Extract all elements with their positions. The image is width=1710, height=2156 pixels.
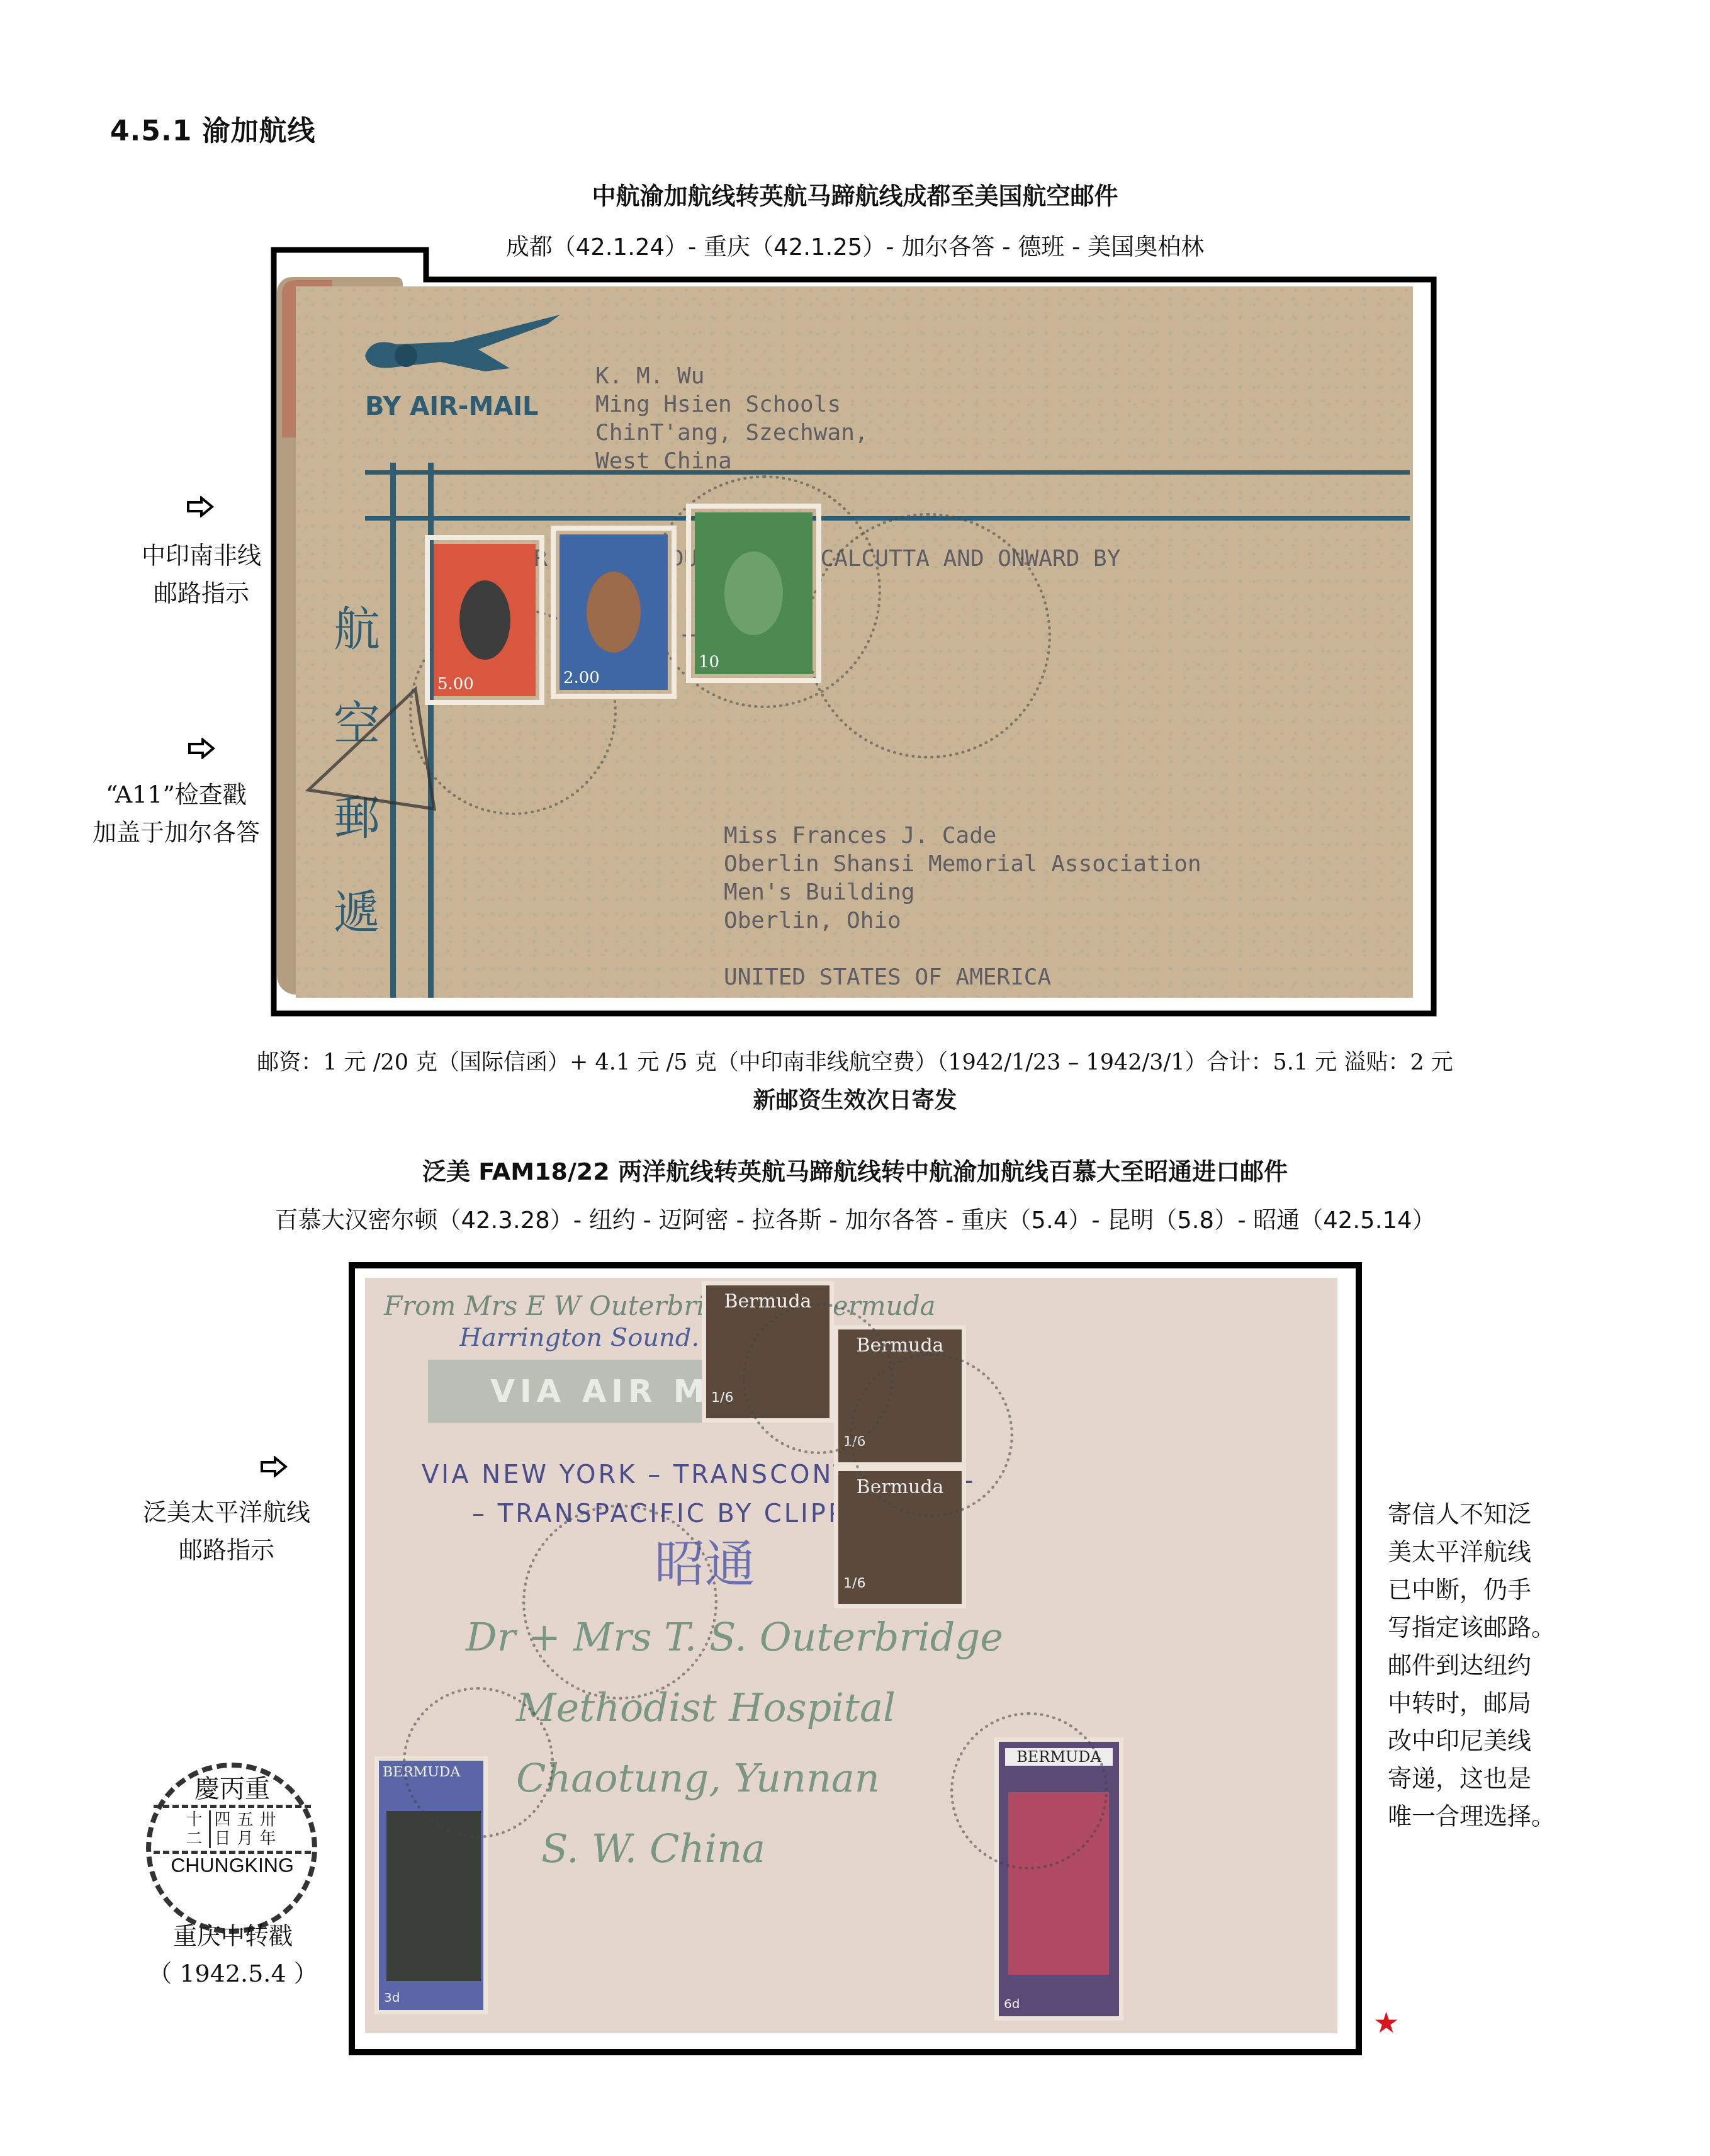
- star-icon: ★: [1373, 2008, 1399, 2037]
- postage-calculation: 邮资：1 元 /20 克（国际信函）+ 4.1 元 /5 克（中印南非线航空费）…: [0, 1045, 1710, 1076]
- section-heading: 4.5.1 渝加航线: [110, 108, 316, 149]
- postmark-hamilton: [850, 1353, 1013, 1517]
- right-arrow-icon: [188, 738, 215, 759]
- cover2-envelope: From Mrs E W Outerbridge, ..., Bermuda H…: [365, 1278, 1337, 2033]
- cover1-envelope: BY AIR-MAIL K. M. WuMing Hsien SchoolsCh…: [296, 286, 1413, 998]
- chungking-postmark-content: 慶丙重 十二 四日 五月 卅年 CHUNGKING: [154, 1769, 311, 1877]
- postmark-hamilton: [403, 1687, 554, 1838]
- stamp-5-dollar: 5.00: [425, 535, 544, 705]
- addressee: Miss Frances J. CadeOberlin Shansi Memor…: [724, 765, 1201, 998]
- right-arrow-icon: [186, 496, 214, 517]
- airplane-icon: [359, 312, 566, 387]
- annotation-pacific-route: 泛美太平洋航线邮路指示: [107, 1493, 346, 1569]
- rule-line: [365, 470, 1410, 475]
- postmark-hamilton: [950, 1712, 1108, 1870]
- postage-note: 新邮资生效次日寄发: [0, 1083, 1710, 1115]
- right-arrow-icon: [260, 1456, 288, 1477]
- cover2-title: 泛美 FAM18/22 两洋航线转英航马蹄航线转中航渝加航线百慕大至昭通进口邮件: [0, 1152, 1710, 1187]
- postmark-caption: 重庆中转戳（ 1942.5.4 ）: [113, 1917, 352, 1992]
- annotation-censor-mark: “A11”检查戳加盖于加尔各答: [57, 776, 296, 851]
- sender-line2: Harrington Sound.: [459, 1323, 699, 1352]
- side-note: 寄信人不知泛美太平洋航线已中断，仍手 写指定该邮路。邮件到达纽约中转时，邮局 改…: [1388, 1495, 1570, 1835]
- airmail-label: BY AIR-MAIL: [365, 392, 539, 421]
- postmark: [806, 513, 1051, 759]
- stamp-10-cent: 10: [686, 504, 821, 683]
- stamp-2-dollar: 2.00: [551, 526, 677, 699]
- cover1-title: 中航渝加航线转英航马蹄航线成都至美国航空邮件: [0, 176, 1710, 211]
- cover2-route: 百慕大汉密尔顿（42.3.28）- 纽约 - 迈阿密 - 拉各斯 - 加尔各答 …: [0, 1201, 1710, 1235]
- annotation-route-indication: 中印南非线邮路指示: [82, 536, 321, 612]
